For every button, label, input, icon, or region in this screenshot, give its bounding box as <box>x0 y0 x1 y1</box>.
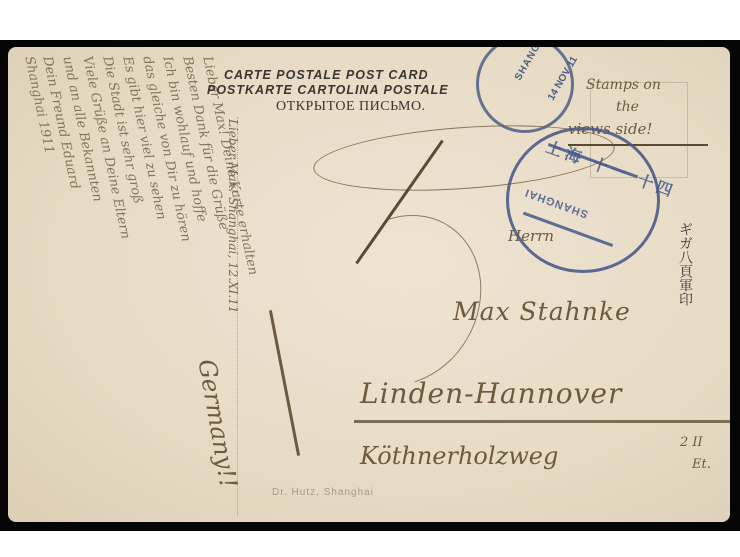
address-house-number: 2 II <box>680 435 703 450</box>
address-salutation: Herrn <box>508 227 554 245</box>
address-name: Max Stahnke <box>453 297 631 326</box>
printed-header-line2: POSTKARTE CARTOLINA POSTALE <box>207 83 449 97</box>
handwritten-letter: Lieber Max! Deine Karte erhalten Besten … <box>18 55 218 515</box>
stamp-note-line1: Stamps on <box>586 77 661 93</box>
address-street: Köthnerholzweg <box>360 442 558 470</box>
address-floor: Et. <box>692 457 711 472</box>
country-stroke <box>269 310 300 456</box>
address-city-underline <box>354 420 730 423</box>
printed-header-russian: ОТКРЫТОЕ ПИСЬМО. <box>276 99 426 115</box>
postcard: Lieber Max! Deine Karte erhalten Besten … <box>8 47 730 522</box>
sender-line: Lieber Max! Shanghai, 12.XI.11 <box>226 119 240 313</box>
stamp-note-line2: the <box>616 99 639 115</box>
bottom-printer-imprint: Dr. Hutz, Shanghai <box>272 487 374 498</box>
vertical-japanese-text: ギガ八頁軍印 <box>674 222 694 306</box>
address-city: Linden-Hannover <box>360 377 622 410</box>
printed-header-line1: CARTE POSTALE POST CARD <box>224 68 429 82</box>
